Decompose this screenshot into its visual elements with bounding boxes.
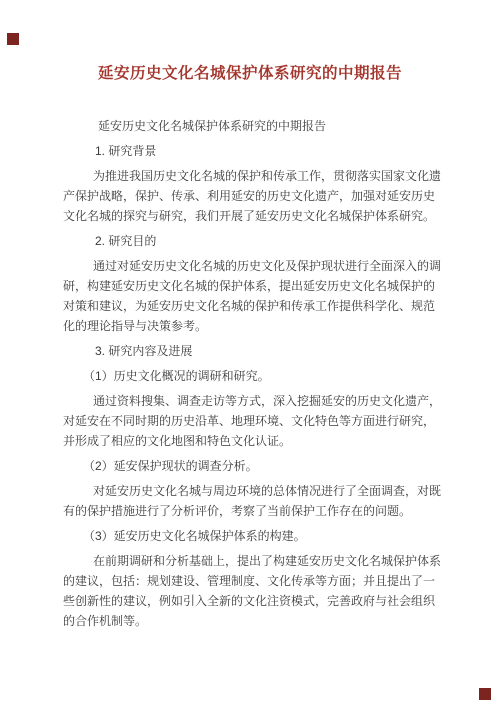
subhead: （3）延安历史文化名城保护体系的构建。 <box>63 526 443 546</box>
heading: 3. 研究内容及进展 <box>63 341 443 361</box>
text-line: 并形成了相应的文化地图和特色文化认证。 <box>63 431 443 451</box>
text-line: 的合作机制等。 <box>63 611 443 631</box>
document-page: 延安历史文化名城保护体系研究的中期报告 延安历史文化名城保护体系研究的中期报告1… <box>0 0 500 707</box>
corner-mark-top-left <box>7 33 19 45</box>
corner-mark-bottom-right <box>479 688 491 700</box>
paragraph: 通过资料搜集、调查走访等方式，深入挖掘延安的历史文化遗产，对延安在不同时期的历史… <box>63 391 443 451</box>
text-line: 延安历史文化名城保护体系研究的中期报告 <box>63 116 443 136</box>
text-line: 2. 研究目的 <box>63 231 443 251</box>
text-line: 1. 研究背景 <box>63 141 443 161</box>
text-line: 对延安历史文化名城与周边环境的总体情况进行了全面调查，对既 <box>63 481 443 501</box>
text-line: 为推进我国历史文化名城的保护和传承工作，贯彻落实国家文化遗 <box>63 166 443 186</box>
text-line: 些创新性的建议，例如引入全新的文化注资模式，完善政府与社会组织 <box>63 591 443 611</box>
text-line: 在前期调研和分析基础上，提出了构建延安历史文化名城保护体系 <box>63 551 443 571</box>
text-line: （3）延安历史文化名城保护体系的构建。 <box>63 526 443 546</box>
text-line: 化的理论指导与决策参考。 <box>63 316 443 336</box>
subhead: （1）历史文化概况的调研和研究。 <box>63 366 443 386</box>
text-line: 的建议，包括：规划建设、管理制度、文化传承等方面；并且提出了一 <box>63 571 443 591</box>
heading: 1. 研究背景 <box>63 141 443 161</box>
document-title: 延安历史文化名城保护体系研究的中期报告 <box>0 0 500 86</box>
text-line: 有的保护措施进行了分析评价，考察了当前保护工作存在的问题。 <box>63 501 443 521</box>
text-line: 产保护战略，保护、传承、利用延安的历史文化遗产，加强对延安历史 <box>63 186 443 206</box>
text-line: 通过对延安历史文化名城的历史文化及保护现状进行全面深入的调 <box>63 256 443 276</box>
subtitle: 延安历史文化名城保护体系研究的中期报告 <box>63 116 443 136</box>
text-line: 研，构建延安历史文化名城的保护体系，提出延安历史文化名城保护的 <box>63 276 443 296</box>
paragraph: 为推进我国历史文化名城的保护和传承工作，贯彻落实国家文化遗产保护战略，保护、传承… <box>63 166 443 226</box>
document-body: 延安历史文化名城保护体系研究的中期报告1. 研究背景为推进我国历史文化名城的保护… <box>63 116 443 631</box>
text-line: 文化名城的探究与研究，我们开展了延安历史文化名城保护体系研究。 <box>63 206 443 226</box>
text-line: （2）延安保护现状的调查分析。 <box>63 456 443 476</box>
text-line: 对策和建议，为延安历史文化名城的保护和传承工作提供科学化、规范 <box>63 296 443 316</box>
text-line: 对延安在不同时期的历史沿革、地理环境、文化特色等方面进行研究， <box>63 411 443 431</box>
text-line: （1）历史文化概况的调研和研究。 <box>63 366 443 386</box>
paragraph: 在前期调研和分析基础上，提出了构建延安历史文化名城保护体系的建议，包括：规划建设… <box>63 551 443 631</box>
text-line: 3. 研究内容及进展 <box>63 341 443 361</box>
paragraph: 对延安历史文化名城与周边环境的总体情况进行了全面调查，对既有的保护措施进行了分析… <box>63 481 443 521</box>
text-line: 通过资料搜集、调查走访等方式，深入挖掘延安的历史文化遗产， <box>63 391 443 411</box>
heading: 2. 研究目的 <box>63 231 443 251</box>
subhead: （2）延安保护现状的调查分析。 <box>63 456 443 476</box>
paragraph: 通过对延安历史文化名城的历史文化及保护现状进行全面深入的调研，构建延安历史文化名… <box>63 256 443 336</box>
